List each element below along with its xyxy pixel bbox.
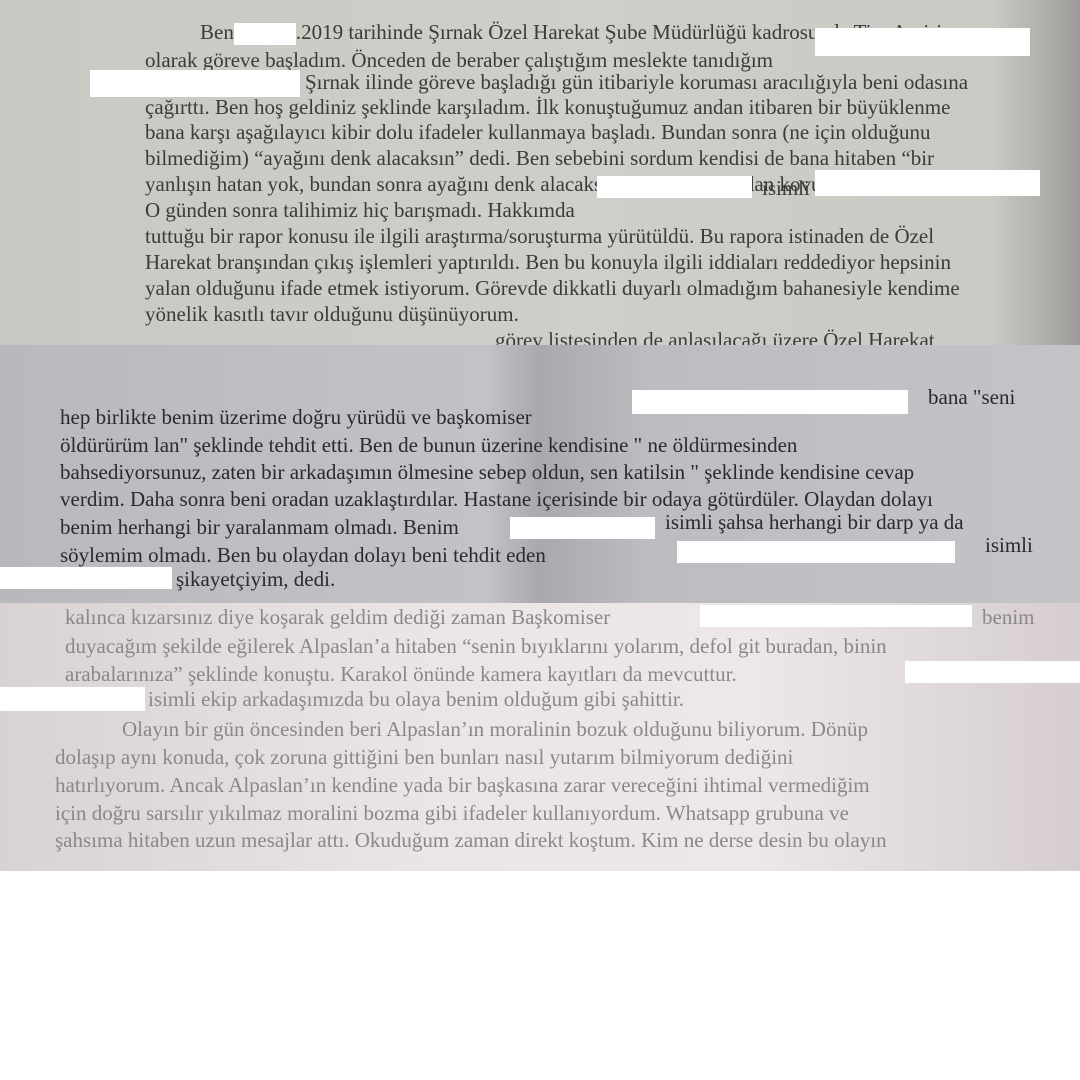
text-line: O günden sonra talihimiz hiç barışmadı. … bbox=[145, 198, 575, 222]
text-segment: bilmediğim) “ayağını denk alacaksın” ded… bbox=[145, 146, 934, 170]
text-segment: Ben bbox=[200, 20, 234, 44]
text-line: kalınca kızarsınız diye koşarak geldim d… bbox=[65, 605, 610, 629]
text-line: isimli bbox=[762, 176, 810, 200]
redaction-block bbox=[0, 567, 172, 589]
text-segment: yönelik kasıtlı tavır olduğunu düşünüyor… bbox=[145, 302, 519, 326]
text-segment: öldürürüm lan" şeklinde tehdit etti. Ben… bbox=[60, 433, 797, 457]
text-line: bahsediyorsunuz, zaten bir arkadaşımın ö… bbox=[60, 460, 914, 484]
document-fragment-1: Ben.2019 tarihinde Şırnak Özel Harekat Ş… bbox=[0, 0, 1080, 345]
text-line: arabalarınıza” şeklinde konuştu. Karakol… bbox=[65, 662, 737, 686]
text-segment: bahsediyorsunuz, zaten bir arkadaşımın ö… bbox=[60, 460, 914, 484]
redaction-block bbox=[815, 170, 1040, 196]
text-segment: şahsıma hitaben uzun mesajlar attı. Okud… bbox=[55, 828, 887, 852]
text-line: benim herhangi bir yaralanmam olmadı. Be… bbox=[60, 515, 459, 539]
text-line: yönelik kasıtlı tavır olduğunu düşünüyor… bbox=[145, 302, 519, 326]
text-line: şikayetçiyim, dedi. bbox=[176, 567, 335, 591]
text-line: dolaşıp aynı konuda, çok zoruna gittiğin… bbox=[55, 745, 793, 769]
redaction-block bbox=[905, 661, 1080, 683]
redaction-block bbox=[510, 517, 655, 539]
text-segment: arabalarınıza” şeklinde konuştu. Karakol… bbox=[65, 662, 737, 686]
text-line: çağırttı. Ben hoş geldiniz şeklinde karş… bbox=[145, 95, 950, 119]
text-segment: isimli bbox=[985, 533, 1033, 557]
redaction-block bbox=[90, 70, 300, 97]
text-line: benim bbox=[982, 605, 1035, 629]
text-segment: benim bbox=[982, 605, 1035, 629]
text-segment: şikayetçiyim, dedi. bbox=[176, 567, 335, 591]
text-line: isimli bbox=[985, 533, 1033, 557]
text-segment: dolaşıp aynı konuda, çok zoruna gittiğin… bbox=[55, 745, 793, 769]
text-line: hep birlikte benim üzerime doğru yürüdü … bbox=[60, 405, 532, 429]
text-segment: isimli bbox=[762, 176, 810, 200]
text-line: şahsıma hitaben uzun mesajlar attı. Okud… bbox=[55, 828, 887, 852]
text-segment: yalan olduğunu ifade etmek istiyorum. Gö… bbox=[145, 276, 960, 300]
text-segment: bana karşı aşağılayıcı kibir dolu ifadel… bbox=[145, 120, 931, 144]
text-line: verdim. Daha sonra beni oradan uzaklaştı… bbox=[60, 487, 933, 511]
text-segment: O günden sonra talihimiz hiç barışmadı. … bbox=[145, 198, 575, 222]
document-fragment-3: kalınca kızarsınız diye koşarak geldim d… bbox=[0, 603, 1080, 871]
redaction-block bbox=[597, 176, 752, 198]
text-line: için doğru sarsılır yıkılmaz moralini bo… bbox=[55, 801, 849, 825]
text-segment: hep birlikte benim üzerime doğru yürüdü … bbox=[60, 405, 532, 429]
text-segment: için doğru sarsılır yıkılmaz moralini bo… bbox=[55, 801, 849, 825]
text-segment: isimli ekip arkadaşımızda bu olaya benim… bbox=[148, 687, 684, 711]
text-line: bilmediğim) “ayağını denk alacaksın” ded… bbox=[145, 146, 934, 170]
text-line: isimli şahsa herhangi bir darp ya da bbox=[665, 510, 964, 534]
text-segment: tuttuğu bir rapor konusu ile ilgili araş… bbox=[145, 224, 934, 248]
redaction-block bbox=[700, 605, 972, 627]
text-segment: söylemim olmadı. Ben bu olaydan dolayı b… bbox=[60, 543, 546, 567]
redaction-block bbox=[677, 541, 955, 563]
text-line: Harekat branşından çıkış işlemleri yaptı… bbox=[145, 250, 951, 274]
text-line: hatırlıyorum. Ancak Alpaslan’ın kendine … bbox=[55, 773, 870, 797]
text-line: görev listesinden de anlaşılacağı üzere … bbox=[495, 328, 935, 345]
text-segment: benim herhangi bir yaralanmam olmadı. Be… bbox=[60, 515, 459, 539]
text-segment: kalınca kızarsınız diye koşarak geldim d… bbox=[65, 605, 610, 629]
text-line: öldürürüm lan" şeklinde tehdit etti. Ben… bbox=[60, 433, 797, 457]
text-line: duyacağım şekilde eğilerek Alpaslan’a hi… bbox=[65, 634, 887, 658]
redaction-block bbox=[815, 28, 1030, 56]
text-line: isimli ekip arkadaşımızda bu olaya benim… bbox=[148, 687, 684, 711]
text-segment: verdim. Daha sonra beni oradan uzaklaştı… bbox=[60, 487, 933, 511]
text-line: bana "seni bbox=[928, 385, 1015, 409]
text-line: olarak göreve başladım. Önceden de berab… bbox=[145, 48, 773, 72]
text-line: tuttuğu bir rapor konusu ile ilgili araş… bbox=[145, 224, 934, 248]
text-segment: Şırnak ilinde göreve başladığı gün itiba… bbox=[305, 70, 968, 94]
text-line: söylemim olmadı. Ben bu olaydan dolayı b… bbox=[60, 543, 546, 567]
text-segment: Olayın bir gün öncesinden beri Alpaslan’… bbox=[122, 717, 868, 741]
redaction-block bbox=[0, 687, 145, 711]
text-line: yalan olduğunu ifade etmek istiyorum. Gö… bbox=[145, 276, 960, 300]
text-segment: isimli şahsa herhangi bir darp ya da bbox=[665, 510, 964, 534]
text-segment: Harekat branşından çıkış işlemleri yaptı… bbox=[145, 250, 951, 274]
text-line: bana karşı aşağılayıcı kibir dolu ifadel… bbox=[145, 120, 931, 144]
text-segment: çağırttı. Ben hoş geldiniz şeklinde karş… bbox=[145, 95, 950, 119]
document-fragment-2: bana "seni hep birlikte benim üzerime do… bbox=[0, 345, 1080, 603]
text-segment: hatırlıyorum. Ancak Alpaslan’ın kendine … bbox=[55, 773, 870, 797]
text-segment: duyacağım şekilde eğilerek Alpaslan’a hi… bbox=[65, 634, 887, 658]
redaction-block bbox=[234, 23, 296, 45]
text-line: Olayın bir gün öncesinden beri Alpaslan’… bbox=[122, 717, 868, 741]
text-segment: olarak göreve başladım. Önceden de berab… bbox=[145, 48, 773, 72]
text-line: Şırnak ilinde göreve başladığı gün itiba… bbox=[305, 70, 968, 94]
text-segment: görev listesinden de anlaşılacağı üzere … bbox=[495, 328, 935, 345]
redaction-block bbox=[632, 390, 908, 414]
text-segment: bana "seni bbox=[928, 385, 1015, 409]
